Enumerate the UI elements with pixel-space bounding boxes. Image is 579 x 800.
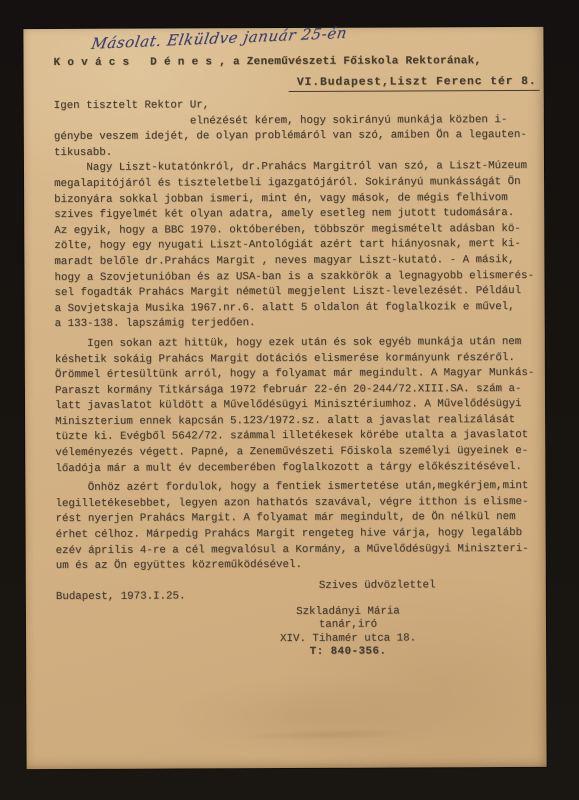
body-line: a Sovjetskaja Musika 1967.nr.6. alatt 5 …	[55, 300, 547, 318]
signature-title: tanár,iró	[262, 619, 434, 633]
recipient-address-line: VI.Budapest,Liszt Ferenc tér 8.	[289, 76, 540, 92]
handwritten-annotation: Másolat. Elküldve január 25-én	[90, 24, 349, 53]
recipient-name-line: K o v á c s D é n e s , a Zeneművészeti …	[54, 55, 482, 69]
signature-address: XIV. Tihamér utca 18.	[262, 632, 434, 646]
body-line: génybe veszem idejét, de olyan problémár…	[54, 128, 546, 146]
body-line: megalapitójáról és tiszteletbeli igazgat…	[54, 175, 546, 193]
body-line: Örömmel értesültünk arról, hogy a folyam…	[55, 366, 547, 384]
body-line: Igen sokan azt hittük, hogy ezek után és…	[55, 335, 547, 353]
body-line: sel fogadták Prahács Margit németül megj…	[55, 284, 547, 302]
closing-salutation: Szives üdvözlettel	[319, 579, 436, 592]
body-line: szives figyelmét két olyan adatra, amely…	[54, 206, 546, 224]
date-line: Budapest, 1973.I.25.	[56, 590, 186, 603]
signature-name: Szkladányi Mária	[262, 605, 434, 619]
signature-phone: T: 840-356.	[262, 646, 434, 660]
body-line: lőadója már a mult év decemberében fogla…	[55, 460, 547, 478]
body-line: a 133-138. lapszámig terjedően.	[55, 315, 547, 333]
body-line: véleményezés végett. Papné, a Zeneművész…	[55, 444, 547, 462]
signature-block: Szkladányi Mária tanár,iró XIV. Tihamér …	[262, 605, 434, 659]
letter-body: Igen tisztelt Rektor Ur, elnézését kérem…	[54, 97, 548, 575]
body-line: um és az Ön együttes közreműködésével.	[56, 557, 548, 575]
body-line: érhet célhoz. Márpedig Prahács Margit re…	[56, 526, 548, 544]
paper-smudge	[206, 725, 446, 744]
letter-page: Másolat. Elküldve január 25-én K o v á c…	[23, 27, 546, 769]
body-line: maradt belőle dr.Prahács Margit , neves …	[54, 253, 546, 271]
body-line: ezév április 4-re a cél megvalósul a Kor…	[56, 541, 548, 559]
